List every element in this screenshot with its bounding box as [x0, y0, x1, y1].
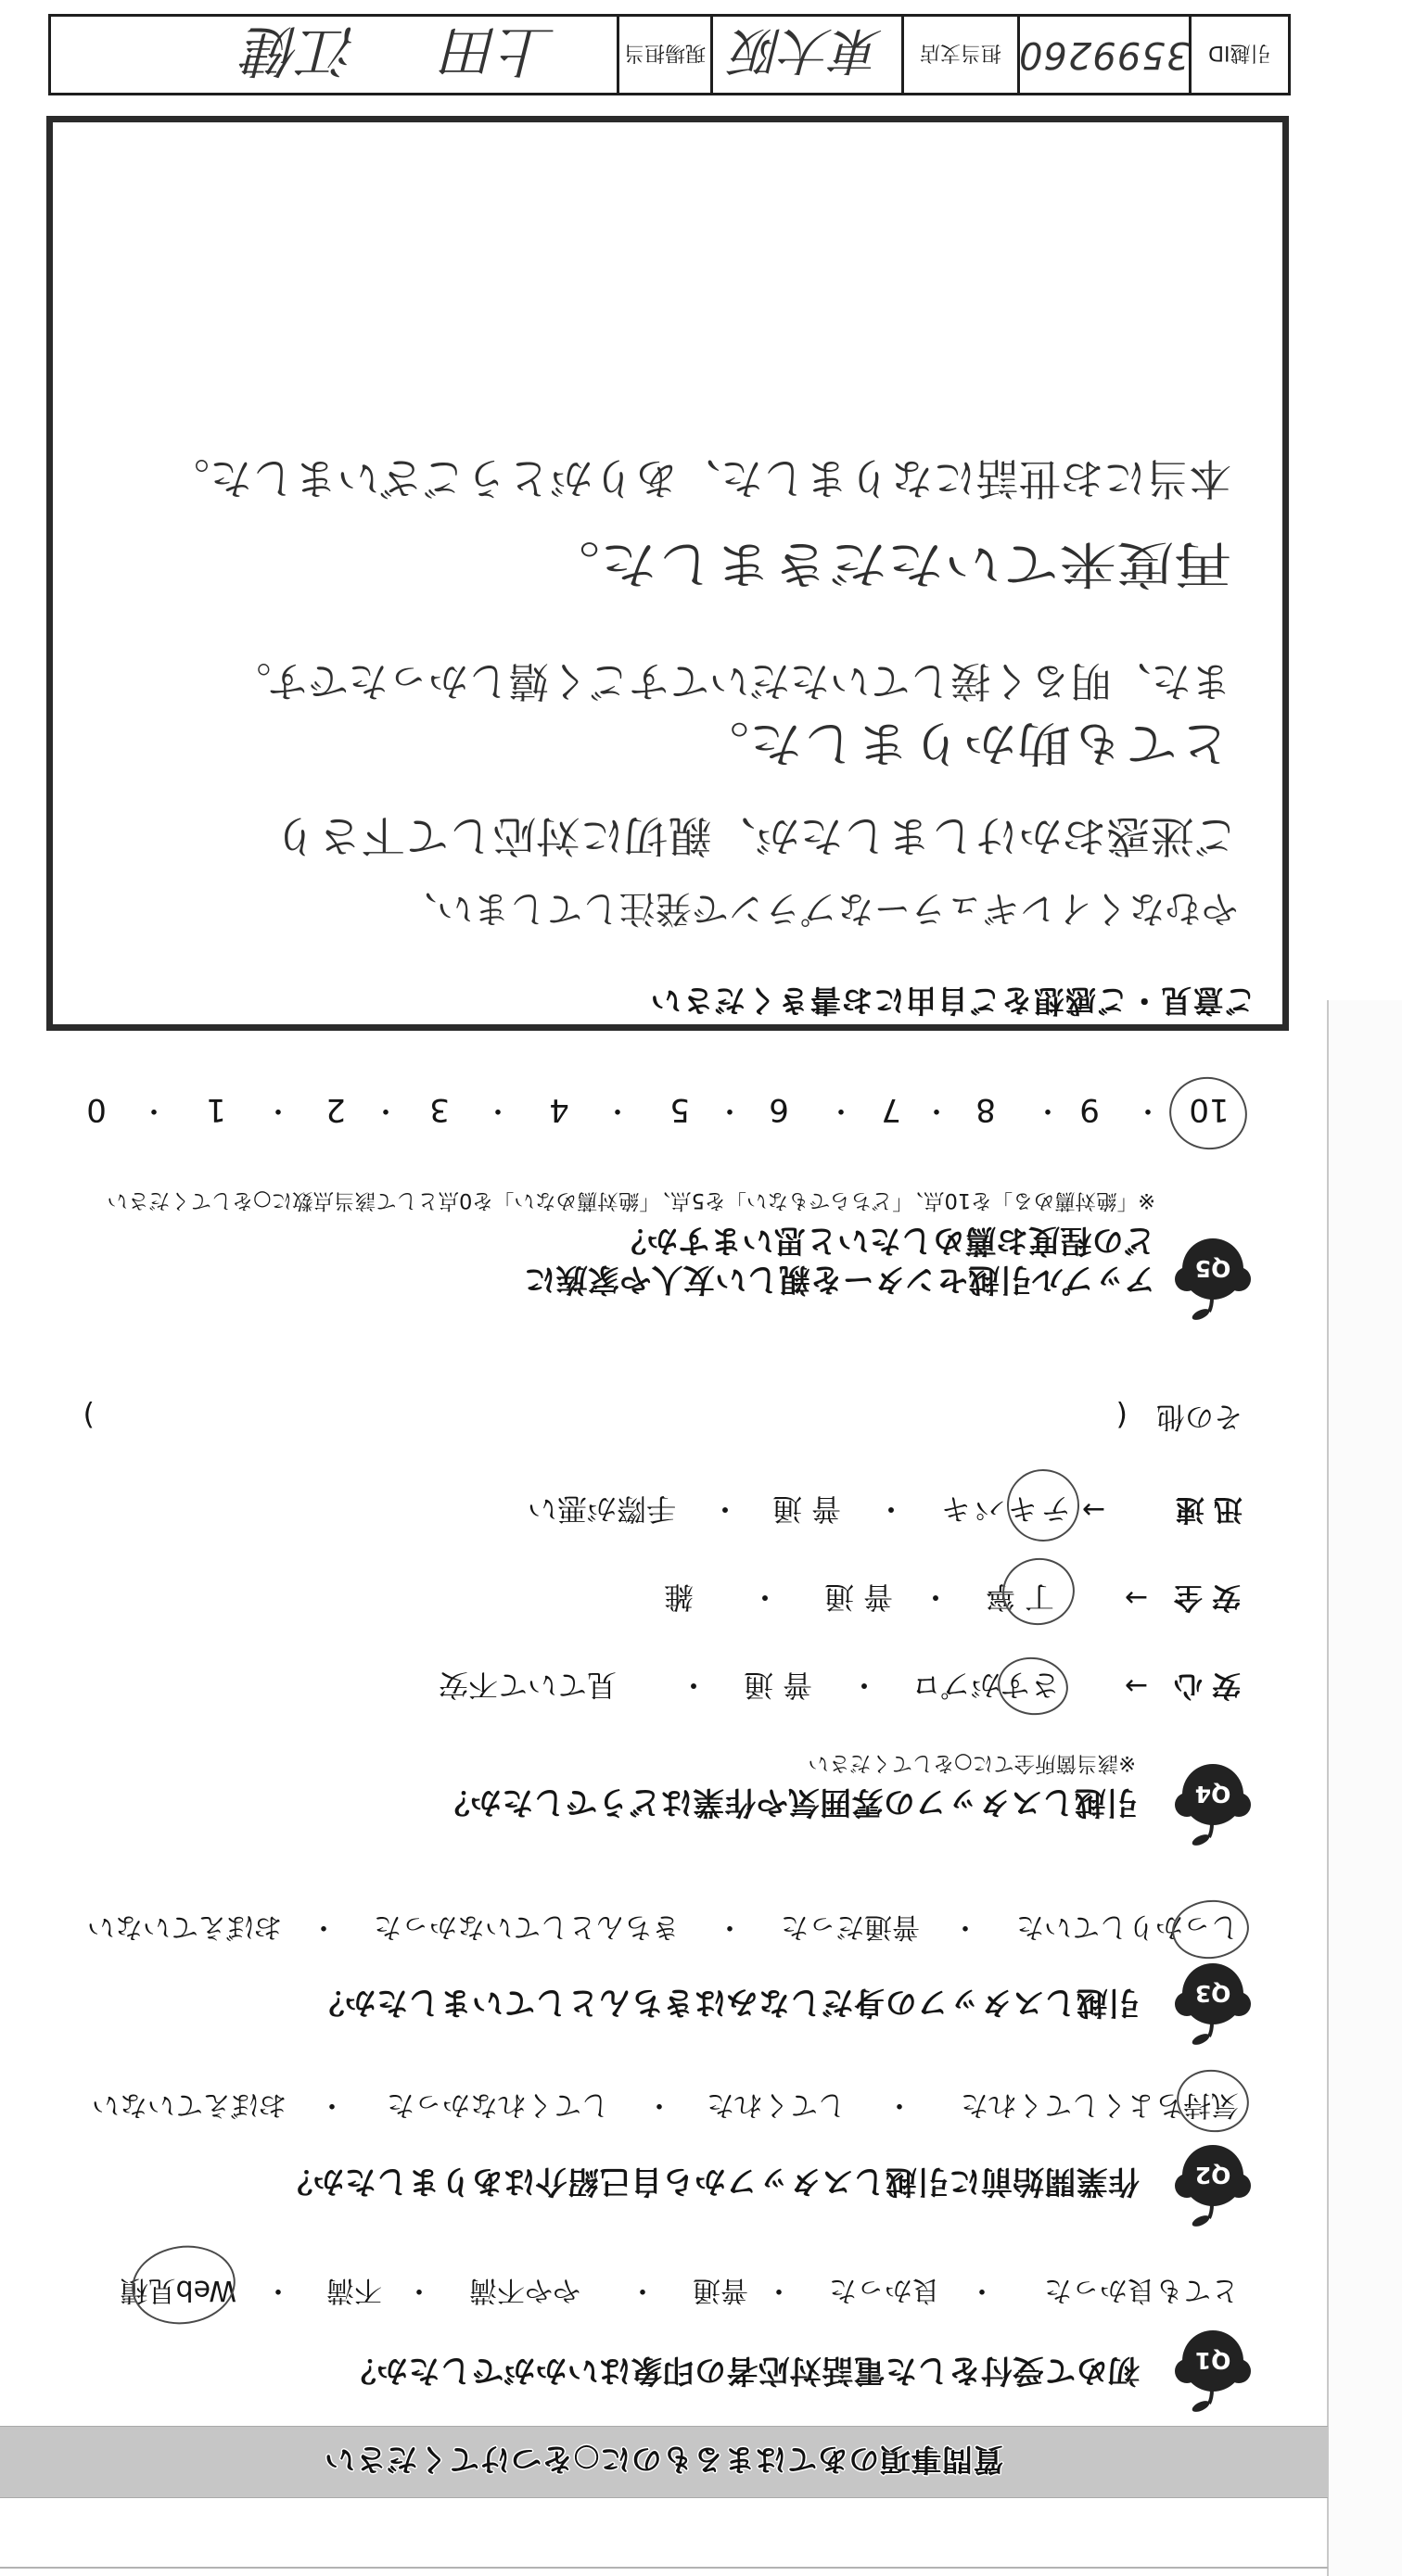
handwritten-comments: やむなくイレギュラーなプランで発注してしまい、 ご迷惑おかけしましたが、親切に対…	[0, 0, 1402, 2576]
staff-label-cell: 現場担当	[619, 17, 713, 93]
handwritten-line: また、明るく接していただいてすごく嬉しかったです。	[231, 657, 1231, 704]
staff-value: 上田 江健	[246, 15, 555, 95]
move-id-cell: 3599260	[1020, 17, 1192, 93]
handwritten-line: やむなくイレギュラーなプランで発注してしまい、	[401, 887, 1238, 930]
branch-label: 担当支店	[920, 41, 1001, 70]
staff-cell: 上田 江健	[51, 17, 619, 93]
handwritten-line: 本当にお世話になりました、ありがとうございました。	[167, 453, 1231, 503]
handwritten-line: 再度来ていただきました。	[542, 535, 1231, 593]
move-id-label-cell: 引越ID	[1192, 17, 1288, 93]
move-id-label: 引越ID	[1208, 41, 1270, 70]
branch-value: 東大阪	[733, 19, 883, 91]
handwritten-line: ご迷惑おかけしましたが、親切に対応して下さり	[274, 811, 1238, 861]
record-table: 引越ID 3599260 担当支店 東大阪 現場担当 上田 江健	[48, 14, 1291, 95]
staff-label: 現場担当	[624, 41, 706, 70]
move-id-value: 3599260	[1018, 33, 1190, 76]
branch-label-cell: 担当支店	[904, 17, 1019, 93]
scanned-survey-form: 質問事項のあてはまるものに○をつけてください Q1 初めて受付をした電話対応者の…	[0, 0, 1402, 2576]
branch-cell: 東大阪	[713, 17, 904, 93]
handwritten-line: とても助かりました。	[695, 715, 1231, 770]
